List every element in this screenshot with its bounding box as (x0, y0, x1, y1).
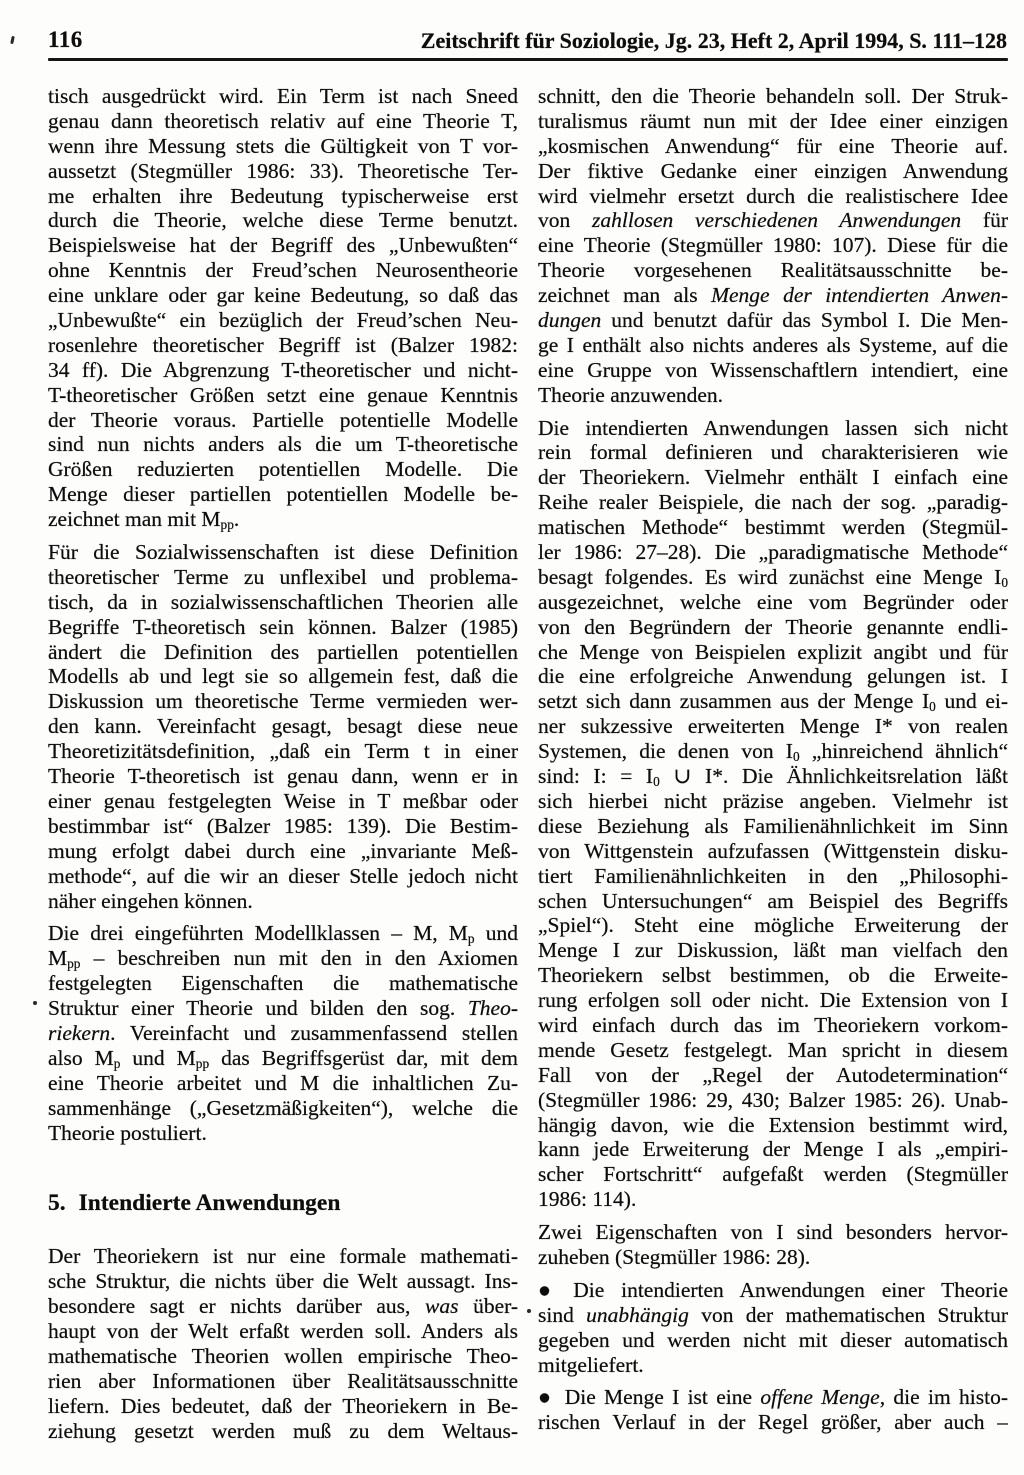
text-run: von Wittgenstein aufzufassen (Wittgenste… (538, 839, 1008, 863)
text-line: Theorie vorgesehenen Realitätsausschnitt… (538, 258, 1008, 283)
text-line: Theoretizitätsdefinition, „daß ein Term … (48, 739, 518, 764)
subscript-run: 0 (929, 699, 936, 714)
text-line: „Unbewußte“ ein bezüglich der Freud’sche… (48, 308, 518, 333)
text-run: näher eingehen können. (48, 889, 253, 913)
text-run: ler 1986: 27–28). Die „paradigmatische M… (538, 540, 1008, 564)
left-column: tisch ausgedrückt wird. Ein Term ist nac… (48, 84, 518, 1444)
paragraph: Die drei eingeführten Modellklassen – M,… (48, 921, 518, 1145)
text-line: zuheben (Stegmüller 1986: 28). (538, 1245, 1008, 1270)
text-run: „Spiel“). Steht eine mögliche Erweiterun… (538, 913, 1008, 937)
text-line: 1986: 114). (538, 1187, 1008, 1212)
text-line: der Theorie voraus. Partielle potentiell… (48, 408, 518, 433)
text-line: Mpp – beschreiben nun mit den in den Axi… (48, 946, 518, 971)
text-run: eine Gruppe von Wissenschaftlern intendi… (538, 358, 1008, 382)
text-run: besagt folgendes. Es wird zunächst eine … (538, 565, 1001, 589)
text-line: Der Theoriekern ist nur eine formale mat… (48, 1244, 518, 1269)
text-line: sich hierbei nicht präzise angeben. Viel… (538, 789, 1008, 814)
scan-artifact (10, 36, 15, 44)
text-line: Menge dieser partiellen potentiellen Mod… (48, 482, 518, 507)
text-line: tiert Familienähnlichkeiten in den „Phil… (538, 864, 1008, 889)
text-run: also M (48, 1046, 114, 1070)
text-run: sich hierbei nicht präzise angeben. Viel… (538, 789, 1008, 813)
text-line: besondere sagt er nichts darüber aus, wa… (48, 1294, 518, 1319)
text-line: Menge I zur Diskussion, läßt man vielfac… (538, 938, 1008, 963)
text-run: tiert Familienähnlichkeiten in den „Phil… (538, 864, 1008, 888)
text-run: Theorie T-theoretisch ist genau dann, we… (48, 764, 518, 788)
text-line: die eine erfolgreiche Anwendung gelungen… (538, 664, 1008, 689)
text-line: Die intendierten Anwendungen lassen sich… (538, 416, 1008, 441)
paragraph: Die intendierten Anwendungen lassen sich… (538, 416, 1008, 1213)
text-line: der Theoriekern. Vielmehr enthält I einf… (538, 465, 1008, 490)
text-line: theoretischer Terme zu unflexibel und pr… (48, 565, 518, 590)
text-line: Beispielsweise hat der Begriff des „Unbe… (48, 233, 518, 258)
text-line: den kann. Vereinfacht gesagt, besagt die… (48, 714, 518, 739)
text-run: tisch ausgedrückt wird. Ein Term ist nac… (48, 84, 518, 108)
paragraph: Der Theoriekern ist nur eine formale mat… (48, 1244, 518, 1443)
text-run: durch die Theorie, welche diese Terme be… (48, 208, 518, 232)
text-line: tisch, da in sozialwissenschaftlichen Th… (48, 590, 518, 615)
text-run: der Theoriekern. Vielmehr enthält I einf… (538, 465, 1008, 489)
text-run: mitgeliefert. (538, 1353, 644, 1377)
text-run: bestimmbar ist“ (Balzer 1985: 139). Die … (48, 814, 518, 838)
text-run: Der fiktive Gedanke einer einzigen Anwen… (538, 159, 1008, 183)
paragraph: Für die Sozialwissenschaften ist diese D… (48, 540, 518, 913)
text-run: Die drei eingeführten Modellklassen – M,… (48, 921, 468, 945)
text-run: liefern. Dies bedeutet, daß der Theoriek… (48, 1394, 518, 1418)
text-run: und (475, 921, 518, 945)
text-line: (Stegmüller 1986: 29, 430; Balzer 1985: … (538, 1088, 1008, 1113)
text-run: ● Die intendierten Anwendungen einer The… (538, 1278, 1008, 1302)
text-run: einer genau festgelegten Weise in T meßb… (48, 789, 518, 813)
text-run: Der Theoriekern ist nur eine formale mat… (48, 1244, 518, 1268)
text-line: mitgeliefert. (538, 1353, 1008, 1378)
text-run: für (961, 208, 1008, 232)
text-line: rischen Verlauf in der Regel größer, abe… (538, 1410, 1008, 1435)
text-line: Theoriekern selbst bestimmen, ob die Erw… (538, 963, 1008, 988)
text-run: scher Fortschritt“ aufgefaßt werden (Ste… (538, 1162, 1008, 1186)
text-run: und benutzt dafür das Symbol I. Die Men- (601, 308, 1008, 332)
text-run: kann jede Erweiterung der Menge I als „e… (538, 1137, 1008, 1161)
text-run: mathematische Theorien wollen empirische… (48, 1344, 518, 1368)
text-run: „Unbewußte“ ein bezüglich der Freud’sche… (48, 308, 518, 332)
text-run: rung erfolgen soll oder nicht. Die Exten… (538, 988, 1008, 1012)
text-run: methode“, auf die wir an dieser Stelle j… (48, 864, 518, 888)
text-run: Theorie vorgesehenen Realitätsausschnitt… (538, 258, 1008, 282)
text-run: Theorie postuliert. (48, 1121, 207, 1145)
text-line: sind: I: = I0 ∪ I*. Die Ähnlichkeitsrela… (538, 764, 1008, 789)
text-run: rein formal definieren und charakterisie… (538, 440, 1008, 464)
text-run: Theoretizitätsdefinition, „daß ein Term … (48, 739, 518, 763)
text-run: zuheben (Stegmüller 1986: 28). (538, 1245, 810, 1269)
text-line: diese Beziehung als Familienähnlichkeit … (538, 814, 1008, 839)
text-run: Größen reduzierten potentiellen Modelle.… (48, 457, 518, 481)
text-line: methode“, auf die wir an dieser Stelle j… (48, 864, 518, 889)
italic-run: dungen (538, 308, 601, 332)
text-line: wird vielmehr ersetzt durch die realisti… (538, 184, 1008, 209)
text-run: den kann. Vereinfacht gesagt, besagt die… (48, 714, 518, 738)
text-run: M (48, 946, 67, 970)
text-line: „Spiel“). Steht eine mögliche Erweiterun… (538, 913, 1008, 938)
text-run: schnitt, den die Theorie behandeln soll.… (538, 84, 1008, 108)
text-line: sammenhänge („Gesetzmäßigkeiten“), welch… (48, 1096, 518, 1121)
text-run: sind (538, 1303, 586, 1327)
text-run: das Begriffsgerüst dar, mit dem (209, 1046, 518, 1070)
text-line: liefern. Dies bedeutet, daß der Theoriek… (48, 1394, 518, 1419)
text-line: eine Theorie arbeitet und M die inhaltli… (48, 1071, 518, 1096)
text-run: Menge dieser partiellen potentiellen Mod… (48, 482, 518, 506)
text-run: Die intendierten Anwendungen lassen sich… (538, 416, 1008, 440)
text-run: ner sukzessive erweiterten Menge I* von … (538, 714, 1008, 738)
text-line: rein formal definieren und charakterisie… (538, 440, 1008, 465)
subscript-run: 0 (1001, 575, 1008, 590)
text-run: Diskussion um theoretische Terme vermied… (48, 689, 518, 713)
text-run: sind: I: = I (538, 764, 653, 788)
text-line: „kosmischen Anwendung“ für eine Theorie … (538, 134, 1008, 159)
text-run: , die im histo- (880, 1385, 1008, 1409)
page-number: 116 (48, 27, 83, 53)
text-run: Systemen, die denen von I (538, 739, 793, 763)
text-line: einer genau festgelegten Weise in T meßb… (48, 789, 518, 814)
text-line: Begriffe T-theoretisch sein können. Balz… (48, 615, 518, 640)
text-line: Zwei Eigenschaften von I sind besonders … (538, 1220, 1008, 1245)
text-line: Die drei eingeführten Modellklassen – M,… (48, 921, 518, 946)
text-run: aussetzt (Stegmüller 1986: 33). Theoreti… (48, 159, 518, 183)
text-line: me erhalten ihre Bedeutung typischerweis… (48, 184, 518, 209)
scan-artifact (33, 1001, 37, 1005)
text-line: sind unabhängig von der mathematischen S… (538, 1303, 1008, 1328)
text-run: die eine erfolgreiche Anwendung gelungen… (538, 664, 1008, 688)
text-run: Beispielsweise hat der Begriff des „Unbe… (48, 233, 518, 257)
italic-run: Theo- (468, 996, 518, 1020)
text-line: ohne Kenntnis der Freud’schen Neurosenth… (48, 258, 518, 283)
text-run: ändert die Definition des partiellen pot… (48, 640, 518, 664)
text-line: Theorie postuliert. (48, 1121, 518, 1146)
text-line: rosenlehre theoretischer Begriff ist (Ba… (48, 333, 518, 358)
text-line: matischen Methode“ bestimmt werden (Steg… (538, 515, 1008, 540)
text-run: Fall von der „Regel der Autodeterminatio… (538, 1063, 1008, 1087)
text-run: 1986: 114). (538, 1187, 636, 1211)
right-column: schnitt, den die Theorie behandeln soll.… (538, 84, 1008, 1435)
text-line: rung erfolgen soll oder nicht. Die Exten… (538, 988, 1008, 1013)
journal-page: 116 Zeitschrift für Soziologie, Jg. 23, … (0, 0, 1024, 1475)
text-line: von den Begründern der Theorie genannte … (538, 615, 1008, 640)
text-run: von (538, 208, 592, 232)
text-run: der Theorie voraus. Partielle potentiell… (48, 408, 518, 432)
text-run: Struktur einer Theorie und bilden den so… (48, 996, 468, 1020)
text-run: von den Begründern der Theorie genannte … (538, 615, 1008, 639)
text-line: zeichnet man mit Mpp. (48, 507, 518, 532)
text-line: eine unklare oder gar keine Bedeutung, s… (48, 283, 518, 308)
text-line: Der fiktive Gedanke einer einzigen Anwen… (538, 159, 1008, 184)
text-run: Für die Sozialwissenschaften ist diese D… (48, 540, 518, 564)
text-line: schnitt, den die Theorie behandeln soll.… (538, 84, 1008, 109)
text-line: aussetzt (Stegmüller 1986: 33). Theoreti… (48, 159, 518, 184)
text-run: Menge I zur Diskussion, läßt man vielfac… (538, 938, 1008, 962)
text-line: wenn ihre Messung stets die Gültigkeit v… (48, 134, 518, 159)
text-run: mende Gesetz festgelegt. Man spricht in … (538, 1038, 1008, 1062)
text-line: Reihe realer Beispiele, die nach der sog… (538, 490, 1008, 515)
text-line: ge I enthält also nichts anderes als Sys… (538, 333, 1008, 358)
text-run: Zwei Eigenschaften von I sind besonders … (538, 1220, 1008, 1244)
text-run: festgelegten Eigenschaften die mathemati… (48, 971, 518, 995)
text-run: rosenlehre theoretischer Begriff ist (Ba… (48, 333, 518, 357)
text-line: genau dann theoretisch relativ auf eine … (48, 109, 518, 134)
text-line: ner sukzessive erweiterten Menge I* von … (538, 714, 1008, 739)
text-run: turalismus räumt nun mit der Idee einer … (538, 109, 1008, 133)
text-run: „hinreichend ähnlich“ (800, 739, 1008, 763)
subscript-run: pp (221, 517, 234, 532)
text-run: von der mathematischen Struktur (689, 1303, 1008, 1327)
text-line: dungen und benutzt dafür das Symbol I. D… (538, 308, 1008, 333)
text-line: Struktur einer Theorie und bilden den so… (48, 996, 518, 1021)
text-run: rischen Verlauf in der Regel größer, abe… (538, 1410, 1008, 1434)
text-run: matischen Methode“ bestimmt werden (Steg… (538, 515, 1008, 539)
text-line: von zahllosen verschiedenen Anwendungen … (538, 208, 1008, 233)
text-run: setzt sich dann zusammen aus der Menge I (538, 689, 929, 713)
text-line: mende Gesetz festgelegt. Man spricht in … (538, 1038, 1008, 1063)
text-run: gegeben und werden nicht mit dieser auto… (538, 1328, 1008, 1352)
text-run: und M (120, 1046, 195, 1070)
text-line: ● Die Menge I ist eine offene Menge, die… (538, 1385, 1008, 1410)
paragraph: Zwei Eigenschaften von I sind besonders … (538, 1220, 1008, 1270)
text-line: ziehung gesetzt werden muß zu dem Weltau… (48, 1419, 518, 1444)
text-line: Theorie T-theoretisch ist genau dann, we… (48, 764, 518, 789)
text-run: sche Struktur, die nichts über die Welt … (48, 1269, 518, 1293)
text-line: ändert die Definition des partiellen pot… (48, 640, 518, 665)
text-run: „kosmischen Anwendung“ für eine Theorie … (538, 134, 1008, 158)
text-line: ler 1986: 27–28). Die „paradigmatische M… (538, 540, 1008, 565)
text-line: schen Untersuchungen“ am Beispiel des Be… (538, 889, 1008, 914)
text-line: haupt von der Welt erfaßt werden soll. A… (48, 1319, 518, 1344)
text-run: diese Beziehung als Familienähnlichkeit … (538, 814, 1008, 838)
text-line: wird einfach durch das im Theoriekern vo… (538, 1013, 1008, 1038)
text-line: mathematische Theorien wollen empirische… (48, 1344, 518, 1369)
italic-run: Menge der intendierten Anwen- (711, 283, 1008, 307)
text-line: Größen reduzierten potentiellen Modelle.… (48, 457, 518, 482)
paragraph: schnitt, den die Theorie behandeln soll.… (538, 84, 1008, 408)
text-line: turalismus räumt nun mit der Idee einer … (538, 109, 1008, 134)
text-line: che Menge von Beispielen explizit angibt… (538, 640, 1008, 665)
text-run: ausgezeichnet, welche eine vom Begründer… (538, 590, 1008, 614)
text-line: kann jede Erweiterung der Menge I als „e… (538, 1137, 1008, 1162)
italic-run: offene Menge (760, 1385, 879, 1409)
text-run: und ei- (936, 689, 1008, 713)
text-line: Theorie anzuwenden. (538, 383, 1008, 408)
italic-run: was (425, 1294, 458, 1318)
text-line: rien aber Informationen über Realitätsau… (48, 1369, 518, 1394)
journal-title: Zeitschrift für Soziologie, Jg. 23, Heft… (421, 28, 1007, 54)
text-line: näher eingehen können. (48, 889, 518, 914)
text-line: Diskussion um theoretische Terme vermied… (48, 689, 518, 714)
text-run: sammenhänge („Gesetzmäßigkeiten“), welch… (48, 1096, 518, 1120)
subscript-run: pp (67, 956, 80, 971)
text-run: sind nun nichts anders als die um T-theo… (48, 432, 518, 456)
text-line: gegeben und werden nicht mit dieser auto… (538, 1328, 1008, 1353)
text-line: tisch ausgedrückt wird. Ein Term ist nac… (48, 84, 518, 109)
text-run: ∪ I*. Die Ähnlichkeitsrelation läßt (660, 764, 1008, 788)
text-line: Fall von der „Regel der Autodeterminatio… (538, 1063, 1008, 1088)
subscript-run: p (468, 931, 475, 946)
italic-run: riekern (48, 1021, 110, 1045)
text-line: eine Gruppe von Wissenschaftlern intendi… (538, 358, 1008, 383)
text-run: zeichnet man als (538, 283, 711, 307)
text-run: zeichnet man mit M (48, 507, 221, 531)
text-run: hängig davon, wie die Extension bestimmt… (538, 1113, 1008, 1137)
paragraph: tisch ausgedrückt wird. Ein Term ist nac… (48, 84, 518, 532)
text-line: mung erfolgt dabei durch eine „invariant… (48, 839, 518, 864)
text-run: über- (458, 1294, 518, 1318)
text-line: bestimmbar ist“ (Balzer 1985: 139). Die … (48, 814, 518, 839)
text-line: also Mp und Mpp das Begriffsgerüst dar, … (48, 1046, 518, 1071)
text-run: eine Theorie arbeitet und M die inhaltli… (48, 1071, 518, 1095)
text-line: eine Theorie (Stegmüller 1980: 107). Die… (538, 233, 1008, 258)
text-run: che Menge von Beispielen explizit angibt… (538, 640, 1008, 664)
text-line: zeichnet man als Menge der intendierten … (538, 283, 1008, 308)
text-line: Für die Sozialwissenschaften ist diese D… (48, 540, 518, 565)
text-run: Theoriekern selbst bestimmen, ob die Erw… (538, 963, 1008, 987)
text-run: genau dann theoretisch relativ auf eine … (48, 109, 518, 133)
text-line: riekern. Vereinfacht und zusammenfassend… (48, 1021, 518, 1046)
text-line: ausgezeichnet, welche eine vom Begründer… (538, 590, 1008, 615)
header-rule (48, 58, 1008, 61)
scan-artifact (527, 1309, 531, 1313)
text-line: scher Fortschritt“ aufgefaßt werden (Ste… (538, 1162, 1008, 1187)
text-run: eine Theorie (Stegmüller 1980: 107). Die… (538, 233, 1008, 257)
italic-run: unabhängig (586, 1303, 689, 1327)
italic-run: zahllosen verschiedenen Anwendungen (592, 208, 961, 232)
text-line: sche Struktur, die nichts über die Welt … (48, 1269, 518, 1294)
text-run: wenn ihre Messung stets die Gültigkeit v… (48, 134, 518, 158)
text-run: . Vereinfacht und zusammenfassend stelle… (110, 1021, 518, 1045)
bullet-paragraph: ● Die Menge I ist eine offene Menge, die… (538, 1385, 1008, 1435)
text-run: Modells ab und legt sie so allgemein fes… (48, 664, 518, 688)
subscript-run: 0 (793, 749, 800, 764)
text-run: wird vielmehr ersetzt durch die realisti… (538, 184, 1008, 208)
text-line: T-theoretischer Größen setzt eine genaue… (48, 383, 518, 408)
text-run: ziehung gesetzt werden muß zu dem Weltau… (48, 1419, 518, 1443)
subscript-run: 0 (653, 774, 660, 789)
text-run: wird einfach durch das im Theoriekern vo… (538, 1013, 1008, 1037)
text-run: . (234, 507, 239, 531)
text-line: sind nun nichts anders als die um T-theo… (48, 432, 518, 457)
section-heading: 5.Intendierte Anwendungen (48, 1188, 518, 1218)
text-line: hängig davon, wie die Extension bestimmt… (538, 1113, 1008, 1138)
text-run: ge I enthält also nichts anderes als Sys… (538, 333, 1008, 357)
text-line: Systemen, die denen von I0 „hinreichend … (538, 739, 1008, 764)
text-run: haupt von der Welt erfaßt werden soll. A… (48, 1319, 518, 1343)
text-run: ohne Kenntnis der Freud’schen Neurosenth… (48, 258, 518, 282)
text-line: 34 ff). Die Abgrenzung T-theoretischer u… (48, 358, 518, 383)
text-run: theoretischer Terme zu unflexibel und pr… (48, 565, 518, 589)
text-run: mung erfolgt dabei durch eine „invariant… (48, 839, 518, 863)
text-run: eine unklare oder gar keine Bedeutung, s… (48, 283, 518, 307)
text-run: – beschreiben nun mit den in den Axiomen (80, 946, 518, 970)
text-run: Reihe realer Beispiele, die nach der sog… (538, 490, 1008, 514)
text-run: rien aber Informationen über Realitätsau… (48, 1369, 518, 1393)
text-run: 34 ff). Die Abgrenzung T-theoretischer u… (48, 358, 518, 382)
text-run: Begriffe T-theoretisch sein können. Balz… (48, 615, 518, 639)
text-run: me erhalten ihre Bedeutung typischerweis… (48, 184, 518, 208)
text-line: besagt folgendes. Es wird zunächst eine … (538, 565, 1008, 590)
bullet-paragraph: ● Die intendierten Anwendungen einer The… (538, 1278, 1008, 1378)
text-line: festgelegten Eigenschaften die mathemati… (48, 971, 518, 996)
subscript-run: pp (196, 1056, 209, 1071)
text-run: besondere sagt er nichts darüber aus, (48, 1294, 425, 1318)
text-line: ● Die intendierten Anwendungen einer The… (538, 1278, 1008, 1303)
heading-title: Intendierte Anwendungen (79, 1190, 341, 1216)
text-run: ● Die Menge I ist eine (538, 1385, 760, 1409)
text-run: tisch, da in sozialwissenschaftlichen Th… (48, 590, 518, 614)
heading-number: 5. (48, 1190, 66, 1216)
text-line: von Wittgenstein aufzufassen (Wittgenste… (538, 839, 1008, 864)
text-run: schen Untersuchungen“ am Beispiel des Be… (538, 889, 1008, 913)
text-run: (Stegmüller 1986: 29, 430; Balzer 1985: … (538, 1088, 1008, 1112)
text-run: T-theoretischer Größen setzt eine genaue… (48, 383, 518, 407)
text-run: Theorie anzuwenden. (538, 383, 723, 407)
text-line: setzt sich dann zusammen aus der Menge I… (538, 689, 1008, 714)
text-line: durch die Theorie, welche diese Terme be… (48, 208, 518, 233)
text-line: Modells ab und legt sie so allgemein fes… (48, 664, 518, 689)
